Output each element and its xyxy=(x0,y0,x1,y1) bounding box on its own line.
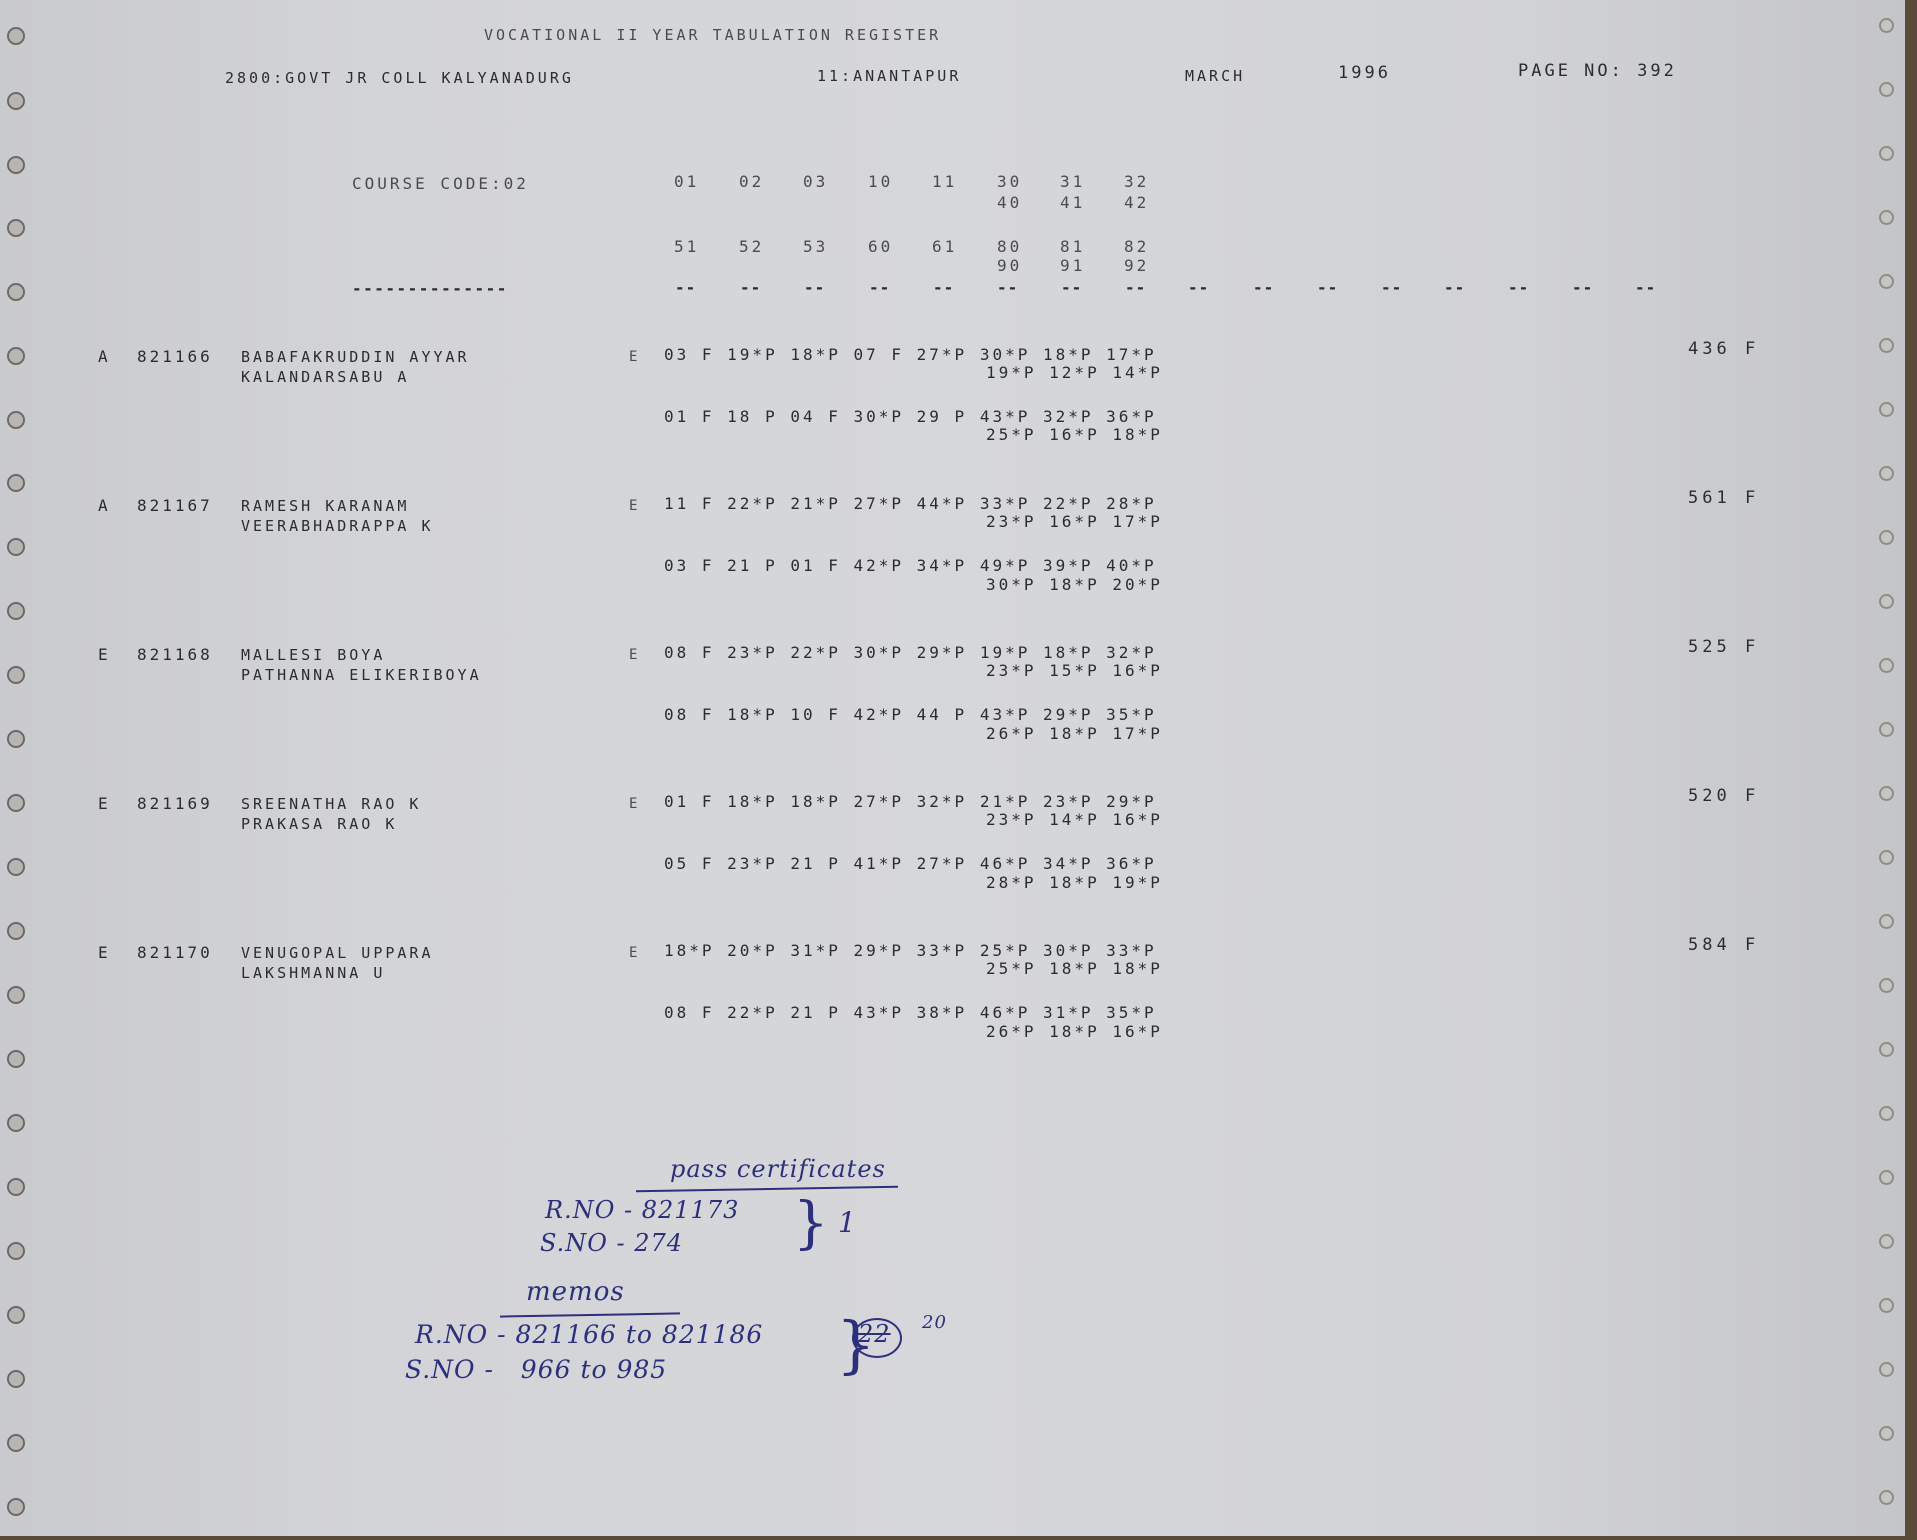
marks-line-2: 08 F 22*P 21 P 43*P 38*P 46*P 31*P 35*P xyxy=(664,1003,1157,1023)
subject-code: 53 xyxy=(803,237,828,257)
marks-line-2b: 28*P 18*P 19*P xyxy=(986,873,1163,893)
separator-dashes: -- xyxy=(1253,278,1274,297)
feed-hole-icon xyxy=(1879,402,1894,417)
separator-dashes: -- xyxy=(1444,278,1465,297)
feed-hole-icon xyxy=(1879,1106,1894,1121)
medium-code: E xyxy=(629,943,640,963)
total-result: 584 F xyxy=(1688,935,1759,955)
subject-code: 31 xyxy=(1060,172,1085,192)
subject-code: 30 xyxy=(997,172,1022,192)
subject-code: 80 xyxy=(997,237,1022,257)
feed-hole-icon xyxy=(7,538,25,556)
marks-line-2: 03 F 21 P 01 F 42*P 34*P 49*P 39*P 40*P xyxy=(664,556,1157,576)
student-name: BABAFAKRUDDIN AYYAR xyxy=(241,347,470,367)
parent-name: VEERABHADRAPPA K xyxy=(241,516,434,536)
marks-line-1: 18*P 20*P 31*P 29*P 33*P 25*P 30*P 33*P xyxy=(664,941,1157,961)
subject-code: 81 xyxy=(1060,237,1085,257)
feed-hole-icon xyxy=(1879,594,1894,609)
feed-hole-icon xyxy=(7,922,25,940)
separator-dashes: -- xyxy=(933,278,954,297)
brace-icon: } xyxy=(793,1196,830,1252)
medium-code: E xyxy=(629,794,640,814)
medium-code: E xyxy=(629,645,640,665)
pass-certificates-heading: pass certificates xyxy=(670,1155,886,1183)
memos-count-corrected: 20 xyxy=(922,1312,947,1333)
feed-hole-icon xyxy=(1879,1362,1894,1377)
subject-code: 32 xyxy=(1124,172,1149,192)
feed-hole-icon xyxy=(7,1242,25,1260)
feed-hole-icon xyxy=(1879,1298,1894,1313)
separator-dashes: -------------- xyxy=(352,279,508,298)
subject-code: 92 xyxy=(1124,256,1149,276)
tabulation-register-sheet: VOCATIONAL II YEAR TABULATION REGISTER 2… xyxy=(0,0,1905,1536)
subject-code: 90 xyxy=(997,256,1022,276)
parent-name: KALANDARSABU A xyxy=(241,367,409,387)
roll-number: 821168 xyxy=(137,645,213,665)
feed-hole-icon xyxy=(7,1114,25,1132)
feed-hole-icon xyxy=(7,858,25,876)
feed-hole-icon xyxy=(1879,1170,1894,1185)
feed-hole-icon xyxy=(1879,530,1894,545)
feed-hole-icon xyxy=(7,1370,25,1388)
feed-hole-icon xyxy=(7,219,25,237)
roll-number: 821169 xyxy=(137,794,213,814)
pass-roll-number: R.NO - 821173 xyxy=(545,1196,739,1224)
medium-code: E xyxy=(629,347,640,367)
feed-hole-icon xyxy=(7,156,25,174)
subject-code: 02 xyxy=(739,172,764,192)
total-result: 525 F xyxy=(1688,637,1759,657)
student-name: RAMESH KARANAM xyxy=(241,496,409,516)
subject-code: 82 xyxy=(1124,237,1149,257)
feed-hole-icon xyxy=(7,1306,25,1324)
subject-code: 03 xyxy=(803,172,828,192)
marks-line-1: 03 F 19*P 18*P 07 F 27*P 30*P 18*P 17*P xyxy=(664,345,1157,365)
separator-dashes: -- xyxy=(804,278,825,297)
exam-month: MARCH xyxy=(1185,66,1245,86)
feed-hole-icon xyxy=(1879,338,1894,353)
subject-code: 11 xyxy=(932,172,957,192)
marks-line-1b: 19*P 12*P 14*P xyxy=(986,363,1163,383)
subject-code: 51 xyxy=(674,237,699,257)
separator-dashes: -- xyxy=(1317,278,1338,297)
separator-dashes: -- xyxy=(1125,278,1146,297)
subject-code: 01 xyxy=(674,172,699,192)
separator-dashes: -- xyxy=(869,278,890,297)
feed-hole-icon xyxy=(1879,82,1894,97)
subject-code: 10 xyxy=(868,172,893,192)
feed-hole-icon xyxy=(1879,146,1894,161)
pass-serial-number: S.NO - 274 xyxy=(540,1229,683,1257)
heading-underline xyxy=(636,1186,898,1193)
separator-dashes: -- xyxy=(1381,278,1402,297)
subject-code: 91 xyxy=(1060,256,1085,276)
marks-line-2b: 26*P 18*P 16*P xyxy=(986,1022,1163,1042)
parent-name: PATHANNA ELIKERIBOYA xyxy=(241,665,482,685)
course-code-label: COURSE CODE:02 xyxy=(352,174,529,194)
marks-line-2: 05 F 23*P 21 P 41*P 27*P 46*P 34*P 36*P xyxy=(664,854,1157,874)
feed-hole-icon xyxy=(7,411,25,429)
student-name: MALLESI BOYA xyxy=(241,645,385,665)
feed-hole-icon xyxy=(7,1178,25,1196)
feed-hole-icon xyxy=(1879,1042,1894,1057)
total-result: 561 F xyxy=(1688,488,1759,508)
tractor-feed-holes-right xyxy=(1865,0,1905,1536)
feed-hole-icon xyxy=(1879,210,1894,225)
subject-code: 41 xyxy=(1060,193,1085,213)
feed-hole-icon xyxy=(7,986,25,1004)
feed-hole-icon xyxy=(7,1498,25,1516)
subject-code: 42 xyxy=(1124,193,1149,213)
feed-hole-icon xyxy=(1879,658,1894,673)
page-number: PAGE NO: 392 xyxy=(1518,61,1677,81)
roll-number: 821166 xyxy=(137,347,213,367)
total-result: 436 F xyxy=(1688,339,1759,359)
parent-name: PRAKASA RAO K xyxy=(241,814,397,834)
feed-hole-icon xyxy=(1879,786,1894,801)
feed-hole-icon xyxy=(7,27,25,45)
feed-hole-icon xyxy=(7,602,25,620)
subject-code: 52 xyxy=(739,237,764,257)
marks-line-2: 08 F 18*P 10 F 42*P 44 P 43*P 29*P 35*P xyxy=(664,705,1157,725)
separator-dashes: -- xyxy=(1572,278,1593,297)
subject-code: 40 xyxy=(997,193,1022,213)
subject-code: 61 xyxy=(932,237,957,257)
memos-heading: memos xyxy=(526,1277,625,1307)
feed-hole-icon xyxy=(1879,722,1894,737)
feed-hole-icon xyxy=(1879,1490,1894,1505)
feed-hole-icon xyxy=(1879,274,1894,289)
subject-code: 60 xyxy=(868,237,893,257)
medium-code: E xyxy=(629,496,640,516)
feed-hole-icon xyxy=(1879,914,1894,929)
marks-line-1b: 23*P 16*P 17*P xyxy=(986,512,1163,532)
marks-line-1: 11 F 22*P 21*P 27*P 44*P 33*P 22*P 28*P xyxy=(664,494,1157,514)
district-name: 11:ANANTAPUR xyxy=(817,66,961,86)
tractor-feed-holes-left xyxy=(2,0,42,1536)
feed-hole-icon xyxy=(1879,978,1894,993)
feed-hole-icon xyxy=(7,730,25,748)
parent-name: LAKSHMANNA U xyxy=(241,963,385,983)
marks-line-1b: 25*P 18*P 18*P xyxy=(986,959,1163,979)
exam-year: 1996 xyxy=(1338,63,1391,83)
feed-hole-icon xyxy=(1879,850,1894,865)
feed-hole-icon xyxy=(7,474,25,492)
feed-hole-icon xyxy=(1879,1234,1894,1249)
student-name: SREENATHA RAO K xyxy=(241,794,421,814)
marks-line-1: 08 F 23*P 22*P 30*P 29*P 19*P 18*P 32*P xyxy=(664,643,1157,663)
marks-line-2: 01 F 18 P 04 F 30*P 29 P 43*P 32*P 36*P xyxy=(664,407,1157,427)
memos-count-struck: 22 xyxy=(858,1320,891,1348)
memos-roll-range: R.NO - 821166 to 821186 xyxy=(415,1320,763,1349)
feed-hole-icon xyxy=(7,794,25,812)
feed-hole-icon xyxy=(7,347,25,365)
grade-letter: E xyxy=(98,794,111,814)
marks-line-1b: 23*P 15*P 16*P xyxy=(986,661,1163,681)
marks-line-1b: 23*P 14*P 16*P xyxy=(986,810,1163,830)
roll-number: 821167 xyxy=(137,496,213,516)
feed-hole-icon xyxy=(7,1434,25,1452)
feed-hole-icon xyxy=(1879,1426,1894,1441)
roll-number: 821170 xyxy=(137,943,213,963)
separator-dashes: -- xyxy=(1635,278,1656,297)
marks-line-2b: 25*P 16*P 18*P xyxy=(986,425,1163,445)
grade-letter: A xyxy=(98,496,111,516)
feed-hole-icon xyxy=(7,666,25,684)
feed-hole-icon xyxy=(1879,466,1894,481)
grade-letter: E xyxy=(98,943,111,963)
separator-dashes: -- xyxy=(1061,278,1082,297)
college-name: 2800:GOVT JR COLL KALYANADURG xyxy=(225,68,574,88)
separator-dashes: -- xyxy=(1508,278,1529,297)
memos-serial-range: S.NO - 966 to 985 xyxy=(405,1355,667,1384)
pass-count: 1 xyxy=(838,1206,857,1239)
student-name: VENUGOPAL UPPARA xyxy=(241,943,434,963)
register-title: VOCATIONAL II YEAR TABULATION REGISTER xyxy=(484,25,941,45)
feed-hole-icon xyxy=(7,283,25,301)
separator-dashes: -- xyxy=(675,278,696,297)
marks-line-2b: 26*P 18*P 17*P xyxy=(986,724,1163,744)
feed-hole-icon xyxy=(7,92,25,110)
marks-line-2b: 30*P 18*P 20*P xyxy=(986,575,1163,595)
separator-dashes: -- xyxy=(997,278,1018,297)
grade-letter: A xyxy=(98,347,111,367)
heading-underline xyxy=(500,1312,680,1317)
feed-hole-icon xyxy=(7,1050,25,1068)
separator-dashes: -- xyxy=(1188,278,1209,297)
grade-letter: E xyxy=(98,645,111,665)
marks-line-1: 01 F 18*P 18*P 27*P 32*P 21*P 23*P 29*P xyxy=(664,792,1157,812)
feed-hole-icon xyxy=(1879,18,1894,33)
total-result: 520 F xyxy=(1688,786,1759,806)
separator-dashes: -- xyxy=(740,278,761,297)
